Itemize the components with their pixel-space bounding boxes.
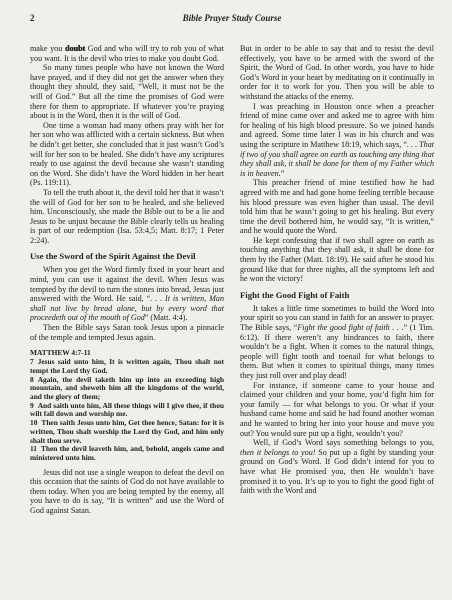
body-paragraph: So many times people who have not known … — [30, 63, 224, 121]
body-paragraph: Jesus did not use a single weapon to def… — [30, 468, 224, 516]
body-paragraph: make you doubt God and who will try to r… — [30, 44, 224, 63]
page-body: make you doubt God and who will try to r… — [30, 44, 434, 516]
verse-number: 10 — [30, 418, 37, 427]
verse-number: 9 — [30, 401, 34, 410]
body-paragraph: Well, if God’s Word says something belon… — [240, 438, 434, 496]
page-header: 2 Bible Prayer Study Course — [30, 13, 434, 25]
body-paragraph: When you get the Word firmly fixed in yo… — [30, 265, 224, 323]
scripture-verse: 11Then the devil leaveth him, and, behol… — [30, 445, 224, 462]
scripture-block: MATTHEW 4:7-117Jesus said unto him, It i… — [30, 348, 224, 462]
right-column: But in order to be able to say that and … — [240, 44, 434, 516]
section-heading: Fight the Good Fight of Faith — [240, 290, 434, 300]
scripture-verse: 7Jesus said unto him, It is written agai… — [30, 358, 224, 375]
running-title: Bible Prayer Study Course — [30, 13, 434, 23]
body-paragraph: For instance, if someone came to your ho… — [240, 381, 434, 439]
book-page: 2 Bible Prayer Study Course make you dou… — [0, 0, 452, 600]
body-paragraph: One time a woman had many others pray wi… — [30, 121, 224, 188]
body-paragraph: I was preaching in Houston once when a p… — [240, 102, 434, 179]
verse-number: 11 — [30, 444, 37, 453]
verse-number: 8 — [30, 375, 34, 384]
scripture-verse: 8Again, the devil taketh him up into an … — [30, 376, 224, 402]
scripture-reference: MATTHEW 4:7-11 — [30, 348, 224, 357]
scripture-verse: 9And saith unto him, All these things wi… — [30, 402, 224, 419]
body-paragraph: It takes a little time sometimes to buil… — [240, 304, 434, 381]
body-paragraph: This preacher friend of mine testified h… — [240, 178, 434, 236]
scripture-verse: 10Then saith Jesus unto him, Get thee he… — [30, 419, 224, 445]
body-paragraph: He kept confessing that if two shall agr… — [240, 236, 434, 284]
left-column: make you doubt God and who will try to r… — [30, 44, 224, 516]
body-paragraph: To tell the truth about it, the devil to… — [30, 188, 224, 246]
body-paragraph: Then the Bible says Satan took Jesus upo… — [30, 323, 224, 342]
verse-number: 7 — [30, 357, 34, 366]
body-paragraph: But in order to be able to say that and … — [240, 44, 434, 102]
section-heading: Use the Sword of the Spirit Against the … — [30, 251, 224, 261]
